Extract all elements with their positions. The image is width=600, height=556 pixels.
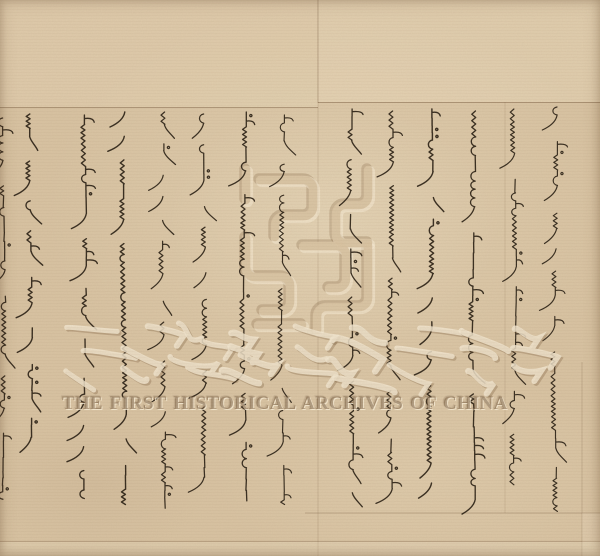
english-watermark-text: THE FIRST HISTORICAL ARCHIVES OF CHINA xyxy=(62,393,507,415)
archives-embossed-seal xyxy=(0,0,600,556)
paper-grain-texture xyxy=(0,0,600,556)
paper-shade-blotch xyxy=(0,410,210,556)
paper-patch-bottom xyxy=(0,542,600,556)
paper-seam-lines xyxy=(0,0,600,556)
paper-patch-top-right xyxy=(318,0,600,102)
paper-patch-top-left xyxy=(0,0,318,107)
paper-patch-corner xyxy=(582,513,600,556)
manuscript-page: THE FIRST HISTORICAL ARCHIVES OF CHINA xyxy=(0,0,600,556)
manchu-script-columns xyxy=(0,0,600,556)
paper-light-blotch xyxy=(160,100,500,360)
chinese-calligraphy-watermark xyxy=(0,0,600,556)
